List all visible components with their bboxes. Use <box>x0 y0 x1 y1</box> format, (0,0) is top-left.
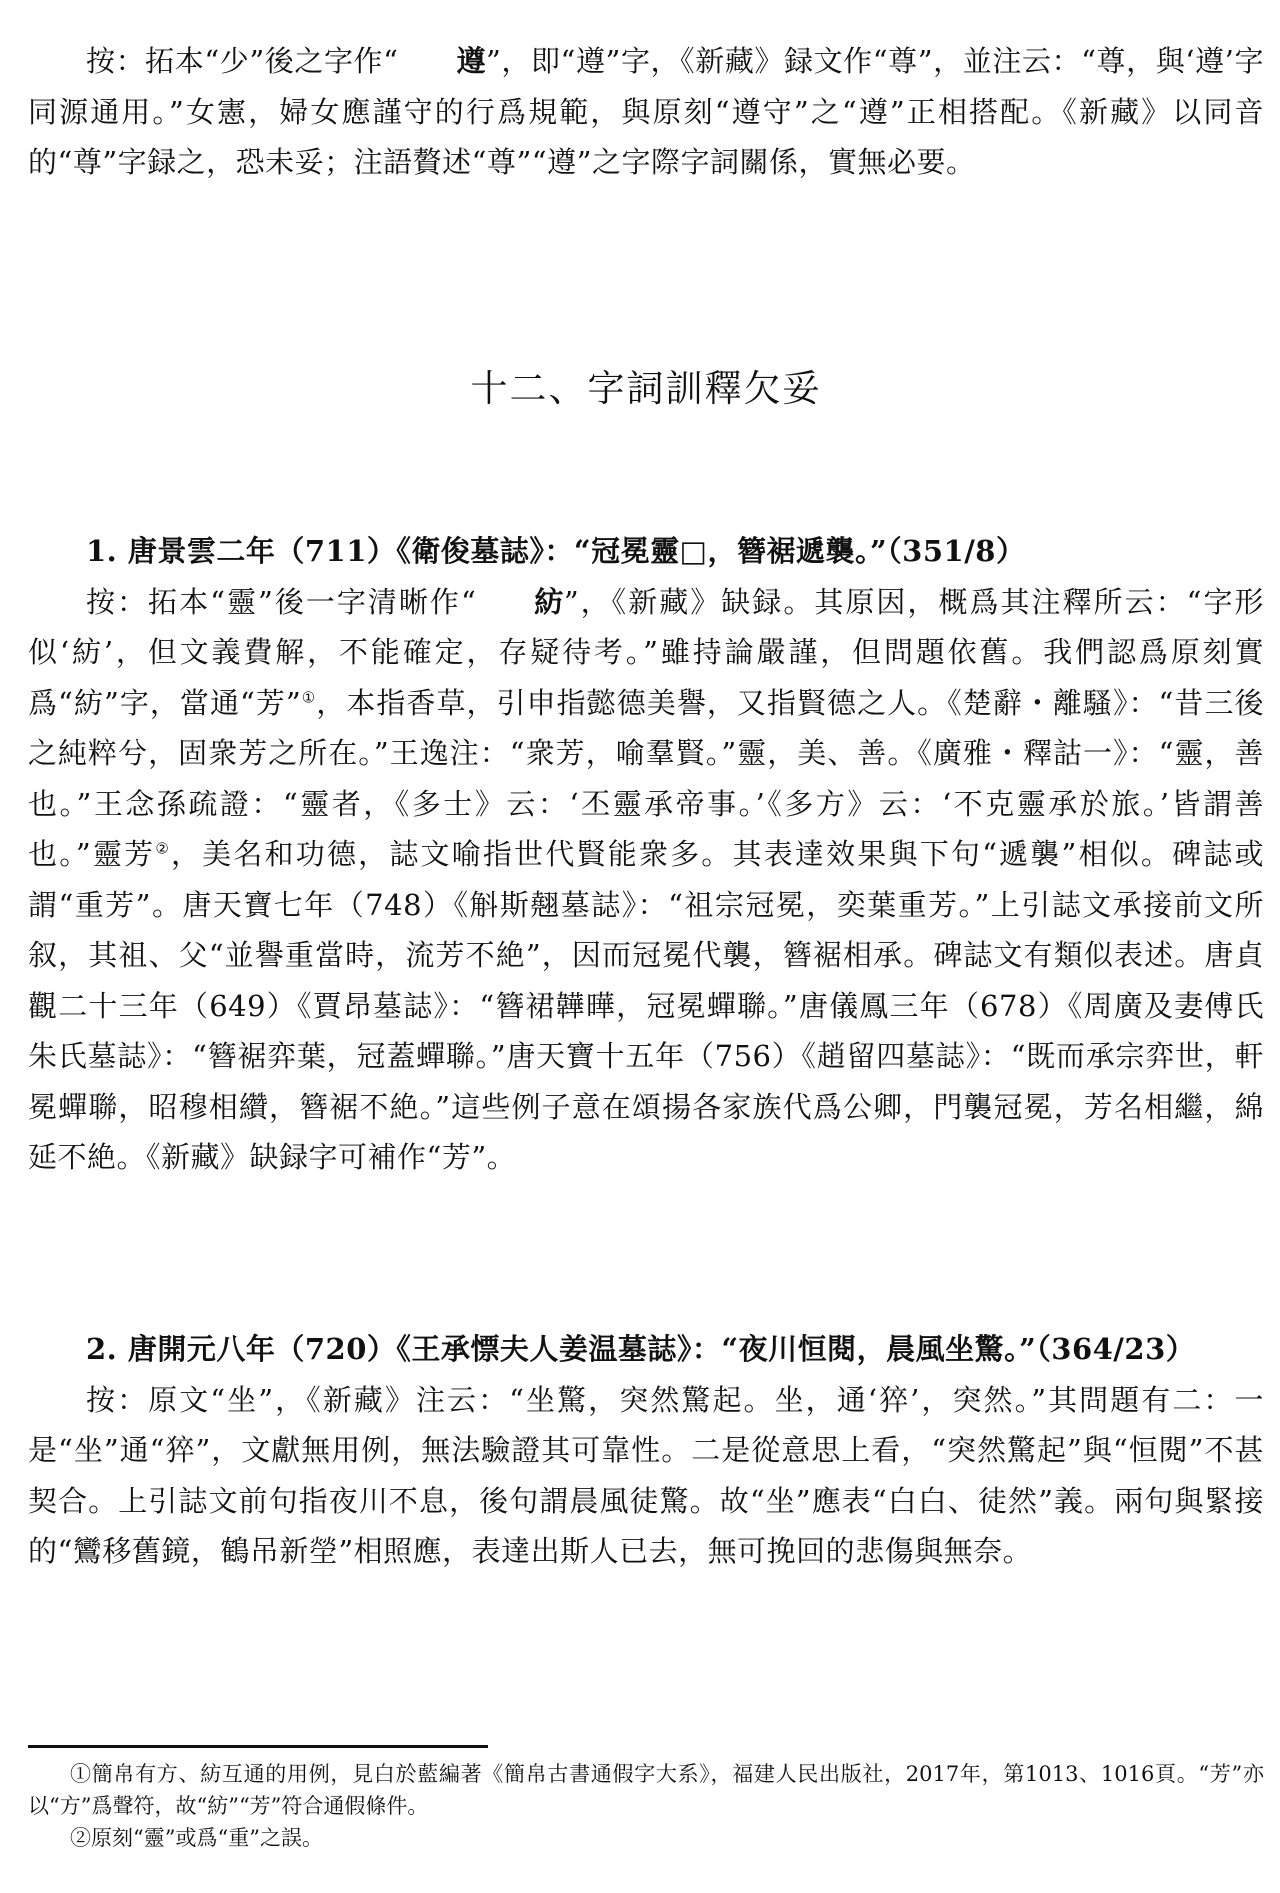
item-1-body: 按：拓本“靈”後一字清晰作“紡”，《新藏》缺録。其原因，概爲其注釋所云：“字形似… <box>28 577 1264 1183</box>
item-2: 2. 唐開元八年（720）《王承慓夫人姜温墓誌》：“夜川恒閱，晨風坐驚。”（36… <box>28 1324 1264 1577</box>
intro-paragraph: 按：拓本“少”後之字作“遵”，即“遵”字，《新藏》録文作“尊”，並注云：“尊，與… <box>28 36 1264 188</box>
footnote-ref-1[interactable]: ① <box>301 688 316 706</box>
footnote-2: ②原刻“靈”或爲“重”之誤。 <box>28 1822 1264 1854</box>
item-2-heading: 2. 唐開元八年（720）《王承慓夫人姜温墓誌》：“夜川恒閱，晨風坐驚。”（36… <box>28 1324 1264 1375</box>
rubbing-glyph-image: 遵 <box>398 36 486 87</box>
intro-text-before: 按：拓本“少”後之字作“ <box>86 44 398 78</box>
rubbing-glyph-image: 紡 <box>476 577 564 628</box>
item-1-body-part1: 按：拓本“靈”後一字清晰作“ <box>86 585 476 619</box>
section-title: 十二、字詞訓釋欠妥 <box>28 358 1264 412</box>
item-1: 1. 唐景雲二年（711）《衛俊墓誌》：“冠冕靈□，簪裾遞襲。”（351/8） … <box>28 526 1264 1183</box>
footnote-ref-2[interactable]: ② <box>155 839 171 857</box>
item-1-body-part4: ，美名和功德，誌文喻指世代賢能衆多。其表達效果與下句“遞襲”相似。碑誌或謂“重芳… <box>28 837 1264 1174</box>
footnotes: ①簡帛有方、紡互通的用例，見白於藍編著《簡帛古書通假字大系》，福建人民出版社，2… <box>28 1758 1264 1854</box>
item-1-heading: 1. 唐景雲二年（711）《衛俊墓誌》：“冠冕靈□，簪裾遞襲。”（351/8） <box>28 526 1264 577</box>
footnote-1: ①簡帛有方、紡互通的用例，見白於藍編著《簡帛古書通假字大系》，福建人民出版社，2… <box>28 1758 1264 1822</box>
footnote-divider <box>28 1745 488 1748</box>
item-2-body: 按：原文“坐”，《新藏》注云：“坐驚，突然驚起。坐，通‘猝’，突然。”其問題有二… <box>28 1375 1264 1577</box>
